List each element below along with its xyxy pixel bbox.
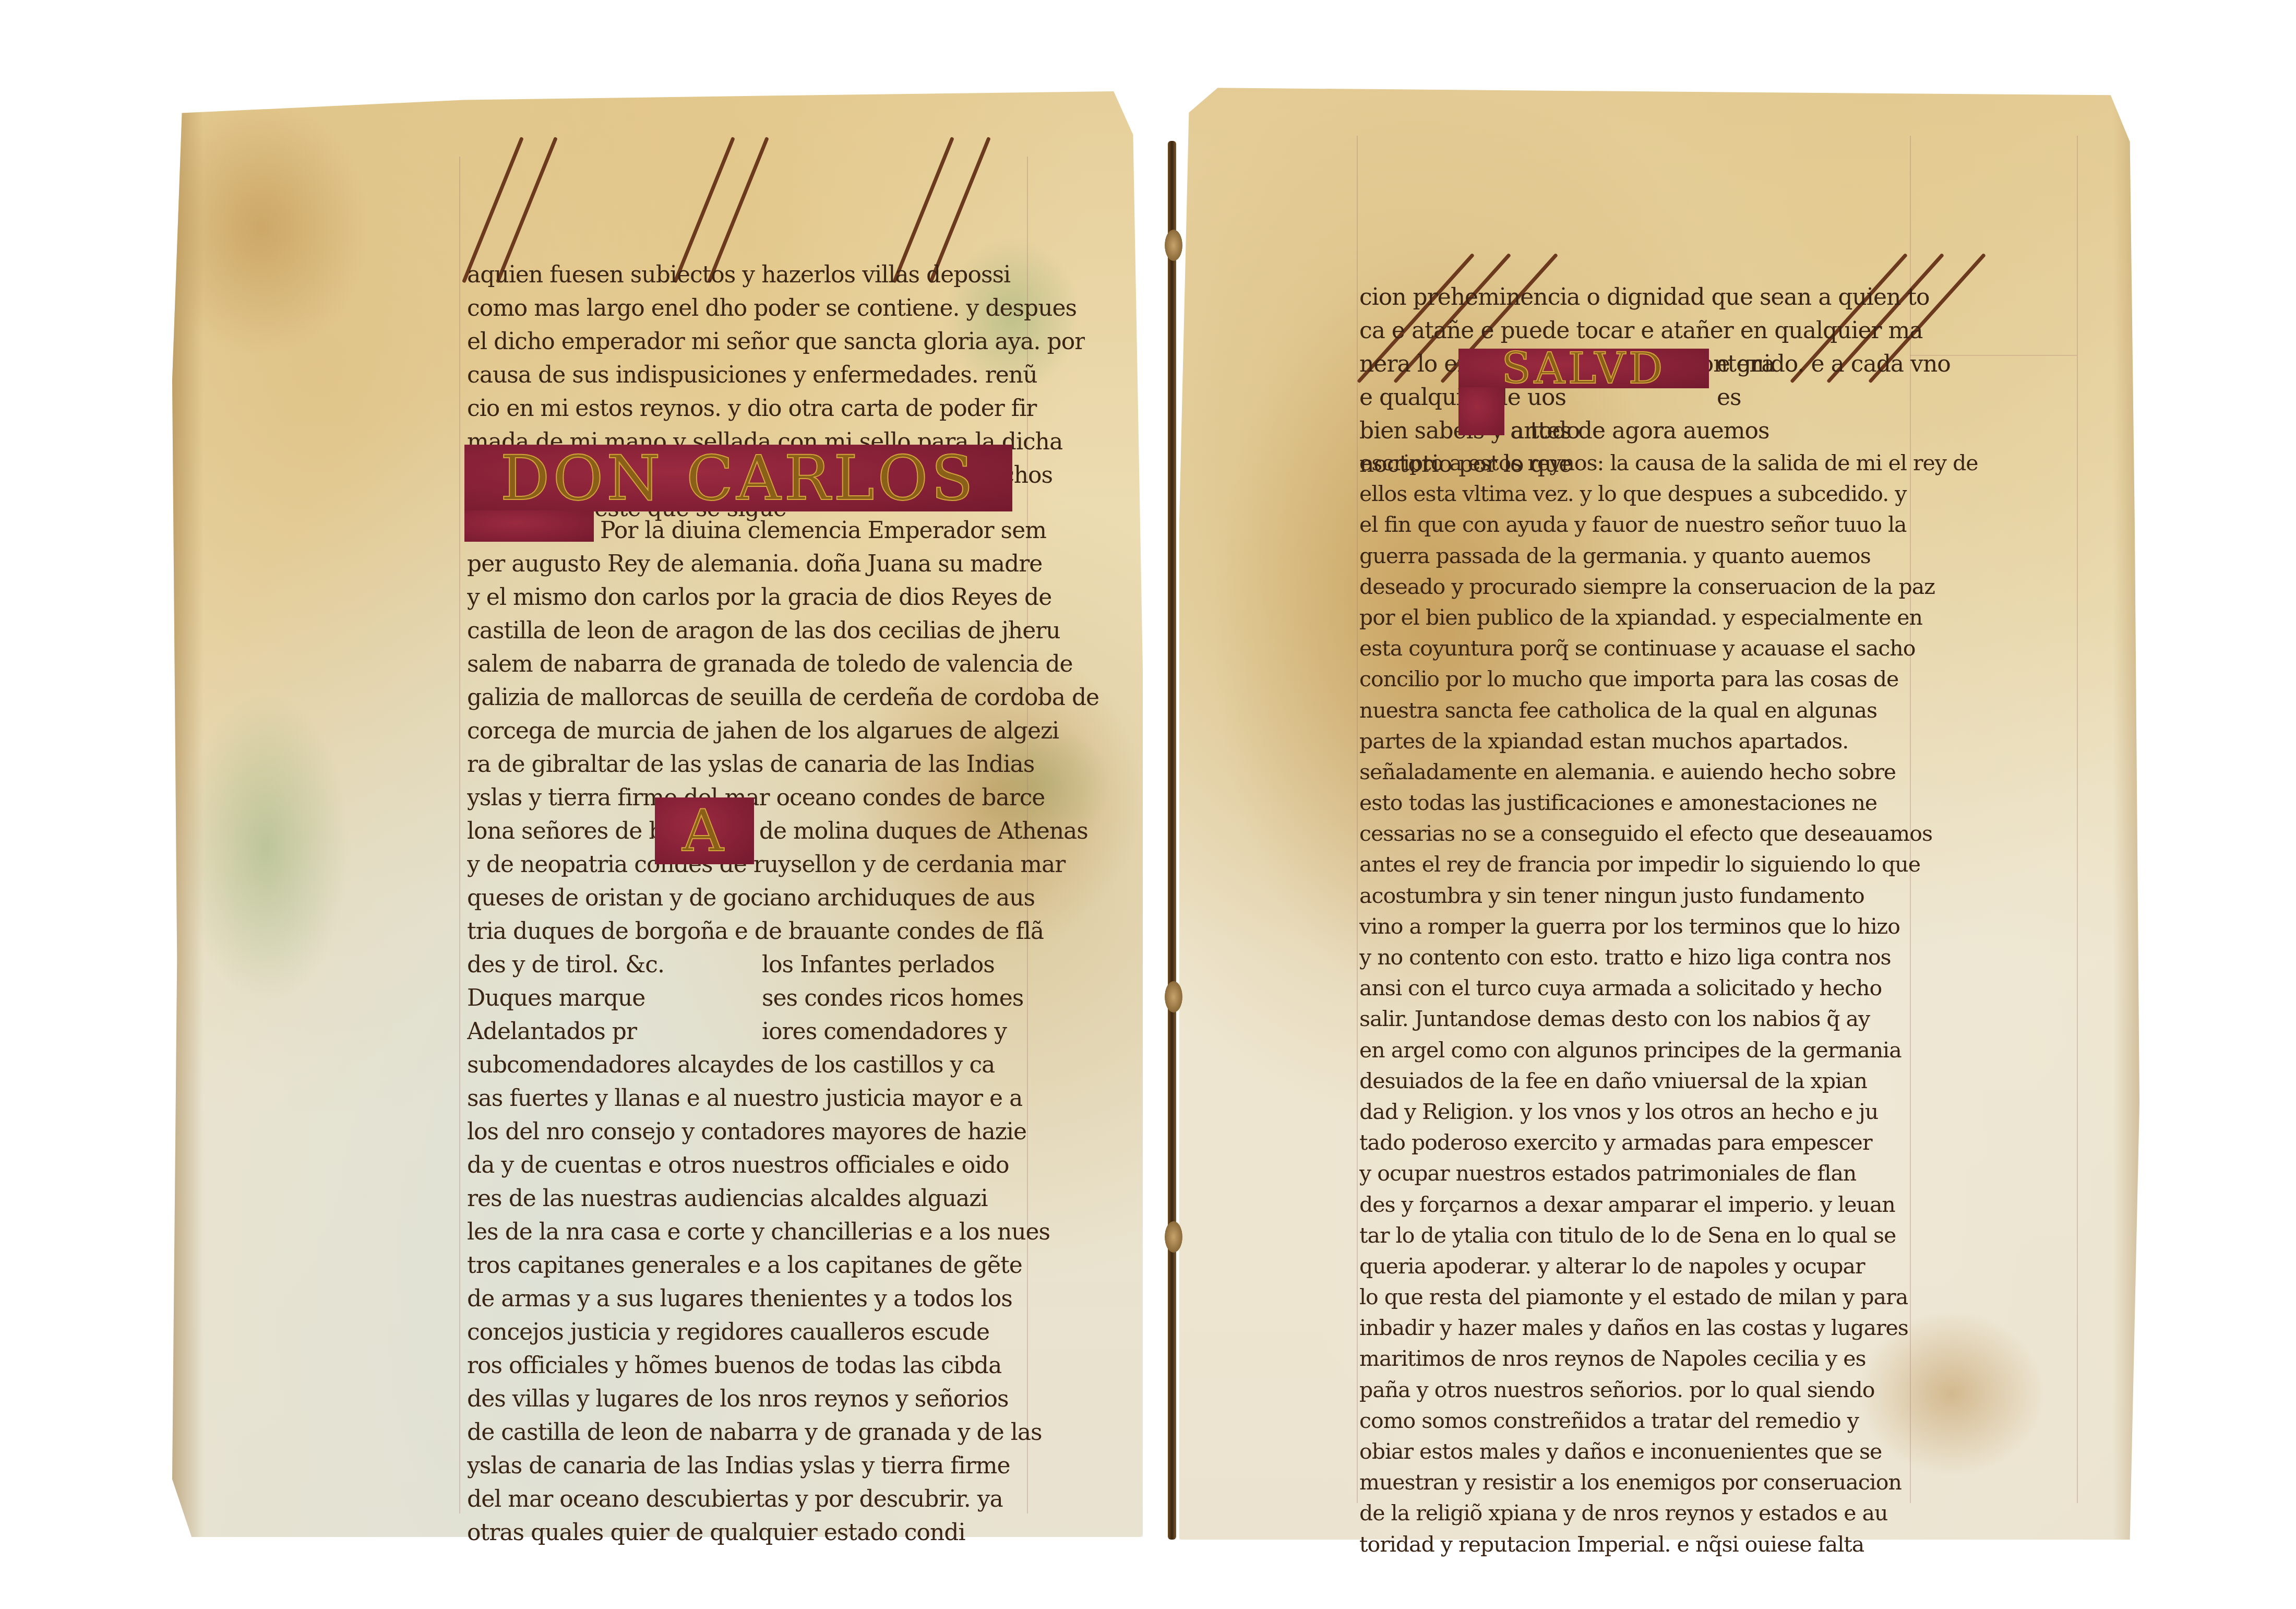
- text-line: y ocupar nuestros estados patrimoniales …: [1359, 1158, 1978, 1189]
- text-line: partes de la xpiandad estan muchos apart…: [1359, 726, 1978, 757]
- binding-stitch: [1165, 230, 1182, 261]
- text-line: nuestra sancta fee catholica de la qual …: [1359, 695, 1978, 726]
- text-line: aquien fuesen subiectos y hazerlos villa…: [467, 258, 1085, 292]
- text-line: ra de gibraltar de las yslas de canaria …: [467, 748, 1099, 781]
- text-line: subcomendadores alcaydes de los castillo…: [467, 1048, 1050, 1082]
- right-page-salud-right-text: e gra es: [1717, 348, 1774, 414]
- text-line: ansi con el turco cuya armada a solicita…: [1359, 973, 1978, 1004]
- text-line: esta coyuntura porq̃ se continuase y aca…: [1359, 633, 1978, 664]
- text-line: corcega de murcia de jahen de los algaru…: [467, 714, 1099, 748]
- text-line: causa de sus indispusiciones y enfermeda…: [467, 359, 1085, 392]
- heading-rubric-tail: [464, 510, 594, 542]
- text-line: antes el rey de francia por impedir lo s…: [1359, 849, 1978, 880]
- text-line: otras quales quier de qualquier estado c…: [467, 1516, 1050, 1550]
- green-stain: [183, 692, 350, 1005]
- text-line: des y de tirol. &c.: [467, 948, 664, 982]
- text-line: da y de cuentas e otros nuestros officia…: [467, 1149, 1050, 1182]
- text-line: de castilla de leon de nabarra y de gran…: [467, 1416, 1050, 1449]
- text-line: por el bien publico de la xpiandad. y es…: [1359, 602, 1978, 633]
- text-line: tar lo de ytalia con titulo de lo de Sen…: [1359, 1220, 1978, 1251]
- text-line: y no contento con esto. tratto e hizo li…: [1359, 942, 1978, 973]
- text-line: yslas de canaria de las Indias yslas y t…: [467, 1449, 1050, 1483]
- text-line: los del nro consejo y contadores mayores…: [467, 1115, 1050, 1149]
- text-line: como somos constreñidos a tratar del rem…: [1359, 1405, 1978, 1436]
- text-line: queses de oristan y de gociano archiduqu…: [467, 881, 1099, 915]
- text-line: castilla de leon de aragon de las dos ce…: [467, 614, 1099, 648]
- text-line: toridad y reputacion Imperial. e nq̃si o…: [1359, 1529, 1978, 1560]
- text-line: es: [1717, 381, 1774, 414]
- left-page-titles-text: per augusto Rey de alemania. doña Juana …: [467, 547, 1099, 948]
- text-line: des villas y lugares de los nros reynos …: [467, 1382, 1050, 1416]
- text-line: y el mismo don carlos por la gracia de d…: [467, 581, 1099, 614]
- text-line: dad y Religion. y los vnos y los otros a…: [1359, 1096, 1978, 1127]
- text-line: tros capitanes generales e a los capitan…: [467, 1249, 1050, 1282]
- water-stain: [151, 97, 370, 357]
- heading-rubric-salud: SALVD: [1458, 349, 1709, 388]
- text-line: ellos esta vltima vez. y lo que despues …: [1359, 479, 1978, 509]
- text-line: obiar estos males y daños e inconuenient…: [1359, 1436, 1978, 1467]
- text-line: queria apoderar. y alterar lo de napoles…: [1359, 1251, 1978, 1282]
- margin-ruling: [1357, 136, 1358, 1503]
- text-line: cion preheminencia o dignidad que sean a…: [1359, 281, 1951, 314]
- initial-letter: A: [682, 797, 726, 864]
- text-line: salir. Juntandose demas desto con los na…: [1359, 1004, 1978, 1034]
- text-line: tria duques de borgoña e de brauante con…: [467, 915, 1099, 948]
- heading-text: DON CARLOS: [500, 442, 976, 514]
- text-line: yslas y tierra firme del mar oceano cond…: [467, 781, 1099, 815]
- text-line: el dicho emperador mi señor que sancta g…: [467, 325, 1085, 359]
- text-line: Por la diuina clemencia Emperador sem: [600, 514, 1046, 547]
- left-page-initial-right-text: los Infantes perlados ses condes ricos h…: [762, 948, 1023, 1048]
- left-page-body-text: subcomendadores alcaydes de los castillo…: [467, 1048, 1050, 1550]
- text-line: paña y otros nuestros señorios. por lo q…: [1359, 1375, 1978, 1405]
- text-line: maritimos de nros reynos de Napoles ceci…: [1359, 1343, 1978, 1374]
- text-line: en argel como con algunos principes de l…: [1359, 1035, 1978, 1066]
- text-line: Duques marque: [467, 982, 664, 1015]
- text-line: de armas y a sus lugares thenientes y a …: [467, 1282, 1050, 1316]
- text-line: sas fuertes y llanas e al nuestro justic…: [467, 1082, 1050, 1115]
- text-line: Adelantados pr: [467, 1015, 664, 1048]
- text-line: ca e atañe e puede tocar e atañer en qua…: [1359, 314, 1951, 348]
- left-page-initial-left-text: des y de tirol. &c. Duques marque Adelan…: [467, 948, 664, 1048]
- left-page-first-line: Por la diuina clemencia Emperador sem: [600, 514, 1046, 547]
- right-page-salud-tail-text: antes de agora auemos: [1511, 414, 1769, 448]
- text-line: cessarias no se a conseguido el efecto q…: [1359, 818, 1978, 849]
- text-line: lo que resta del piamonte y el estado de…: [1359, 1282, 1978, 1313]
- text-line: lona señores de bizcaya e de molina duqu…: [467, 815, 1099, 848]
- text-line: concilio por lo mucho que importa para l…: [1359, 664, 1978, 695]
- text-line: per augusto Rey de alemania. doña Juana …: [467, 547, 1099, 581]
- text-line: des y forçarnos a dexar amparar el imper…: [1359, 1189, 1978, 1220]
- text-line: ros officiales y hõmes buenos de todas l…: [467, 1349, 1050, 1382]
- text-line: los Infantes perlados: [762, 948, 1023, 982]
- heading-rubric-salud-tail: [1458, 387, 1504, 435]
- text-line: deseado y procurado siempre la conseruac…: [1359, 571, 1978, 602]
- text-line: muestran y resistir a los enemigos por c…: [1359, 1467, 1978, 1498]
- text-line: de la religiõ xpiana y de nros reynos y …: [1359, 1498, 1978, 1529]
- right-page-body-text: escripto a estos reynos: la causa de la …: [1359, 448, 1978, 1560]
- text-line: señaladamente en alemania. e auiendo hec…: [1359, 757, 1978, 788]
- text-line: guerra passada de la germania. y quanto …: [1359, 541, 1978, 571]
- text-line: concejos justicia y regidores caualleros…: [467, 1316, 1050, 1349]
- text-line: iores comendadores y: [762, 1015, 1023, 1048]
- text-line: acostumbra y sin tener ningun justo fund…: [1359, 880, 1978, 911]
- text-line: e gra: [1717, 348, 1774, 381]
- text-line: inbadir y hazer males y daños en las cos…: [1359, 1313, 1978, 1343]
- gutter-binding: [1168, 141, 1176, 1540]
- margin-ruling: [459, 157, 460, 1513]
- text-line: desuiados de la fee en daño vniuersal de…: [1359, 1066, 1978, 1096]
- text-line: res de las nuestras audiencias alcaldes …: [467, 1182, 1050, 1215]
- text-line: como mas largo enel dho poder se contien…: [467, 292, 1085, 325]
- heading-text: SALVD: [1501, 344, 1666, 394]
- binding-stitch: [1165, 981, 1182, 1012]
- text-line: escripto a estos reynos: la causa de la …: [1359, 448, 1978, 479]
- text-line: el fin que con ayuda y fauor de nuestro …: [1359, 509, 1978, 540]
- text-line: tado poderoso exercito y armadas para em…: [1359, 1127, 1978, 1158]
- text-line: ses condes ricos homes: [762, 982, 1023, 1015]
- margin-ruling: [2077, 136, 2078, 1503]
- initial-letter-a: A: [655, 797, 754, 864]
- binding-stitch: [1165, 1221, 1182, 1253]
- text-line: esto todas las justificaciones e amonest…: [1359, 788, 1978, 818]
- text-line: y de neopatria condes de ruysellon y de …: [467, 848, 1099, 881]
- text-line: del mar oceano descubiertas y por descub…: [467, 1483, 1050, 1516]
- text-line: cio en mi estos reynos. y dio otra carta…: [467, 392, 1085, 425]
- text-line: vino a romper la guerra por los terminos…: [1359, 911, 1978, 942]
- text-line: les de la nra casa e corte y chancilleri…: [467, 1215, 1050, 1249]
- text-line: galizia de mallorcas de seuilla de cerde…: [467, 681, 1099, 714]
- heading-rubric-don-carlos: DON CARLOS: [464, 445, 1012, 511]
- text-line: salem de nabarra de granada de toledo de…: [467, 648, 1099, 681]
- text-line: antes de agora auemos: [1511, 414, 1769, 448]
